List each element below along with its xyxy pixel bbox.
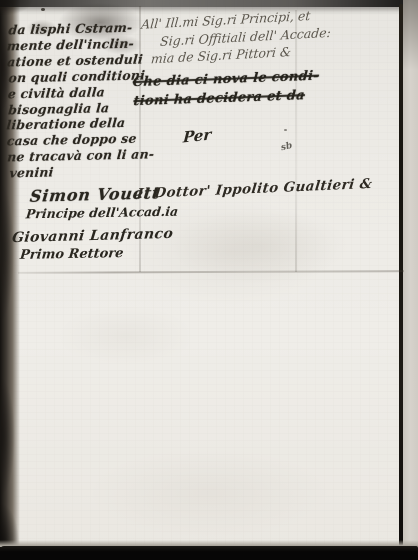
next-page-strip: [403, 0, 418, 546]
per-label: Per: [182, 125, 211, 146]
marginal-note-line: venini: [9, 163, 142, 182]
next-page-strip-shade: [403, 0, 418, 70]
manuscript-scan: da lisphi Cstram- mente dell'inclin- ati…: [0, 0, 418, 560]
marginal-note-block: da lisphi Cstram- mente dell'inclin- ati…: [4, 20, 141, 182]
ink-spot: [41, 8, 45, 11]
signature-rector-title: Primo Rettore: [19, 246, 124, 263]
page-right-edge-line: [399, 4, 403, 546]
ink-spot: [284, 129, 287, 131]
struck-note-block: Che dia ci nova le condi- tioni ha decid…: [132, 68, 313, 111]
signature-principal-title: Principe dell'Accad.ia: [25, 204, 179, 222]
page-bottom-edge: [0, 546, 418, 560]
